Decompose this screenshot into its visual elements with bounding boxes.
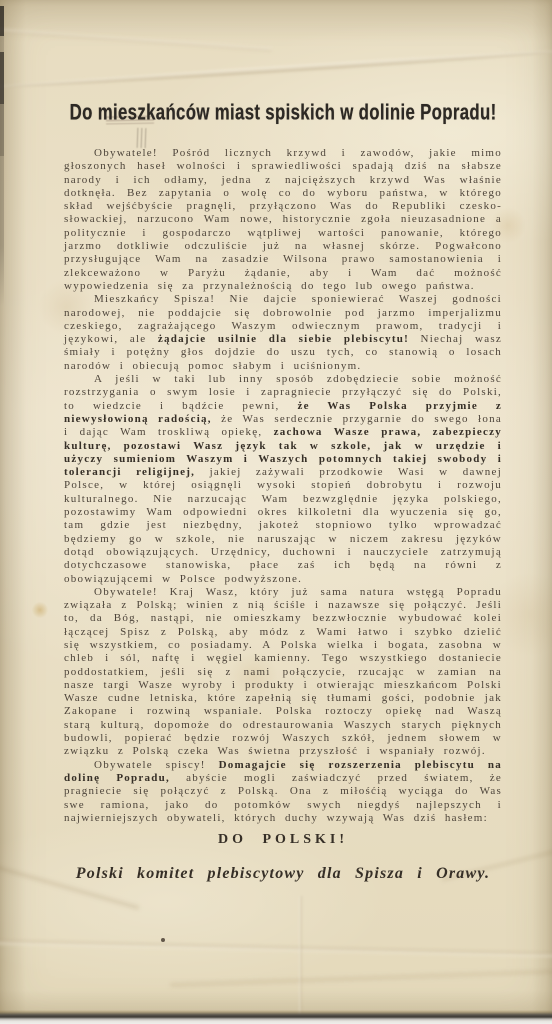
crease-line: [0, 47, 552, 90]
paragraph: Obywatele! Kraj Wasz, który już sama nat…: [64, 586, 502, 759]
scanner-edge-marks: [0, 6, 4, 306]
scan-edge: [0, 1010, 552, 1024]
crease-line: [0, 939, 552, 957]
document-body: Obywatele! Pośród licznych krzywd i zawo…: [64, 147, 502, 825]
paragraph: Obywatele! Pośród licznych krzywd i zawo…: [64, 147, 502, 293]
crease-line: [299, 896, 302, 1016]
text-segment: Obywatele spiscy!: [94, 759, 219, 771]
slogan-line: DO POLSKI!: [64, 832, 502, 848]
stain-spot: [161, 938, 165, 942]
leaflet-content: Do mieszkańców miast spiskich w dolinie …: [64, 102, 502, 883]
paragraph: A jeśli w taki lub inny sposób zdobędzie…: [64, 373, 502, 586]
emphasized-text-segment: żądajcie usilnie dla siebie plebiscytu!: [158, 333, 409, 345]
text-segment: Obywatele! Pośród licznych krzywd i zawo…: [64, 147, 502, 292]
text-segment: jakiej zażywali przodkowie Wasi w dawnej…: [64, 466, 502, 584]
title-row: Do mieszkańców miast spiskich w dolinie …: [64, 102, 502, 125]
paper-sheet: Do mieszkańców miast spiskich w dolinie …: [0, 0, 552, 1024]
paragraph: Obywatele spiscy! Domagajcie się rozszer…: [64, 759, 502, 825]
paragraph: Mieszkańcy Spisza! Nie dajcie sponiewier…: [64, 293, 502, 373]
document-title: Do mieszkańców miast spiskich w dolinie …: [70, 101, 497, 126]
scanned-leaflet: Do mieszkańców miast spiskich w dolinie …: [0, 0, 552, 1024]
crease-line: [0, 28, 272, 52]
text-segment: Obywatele! Kraj Wasz, który już sama nat…: [64, 586, 502, 758]
signature-line: Polski komitet plebiscytowy dla Spisza i…: [64, 865, 502, 883]
crease-line: [170, 969, 552, 987]
